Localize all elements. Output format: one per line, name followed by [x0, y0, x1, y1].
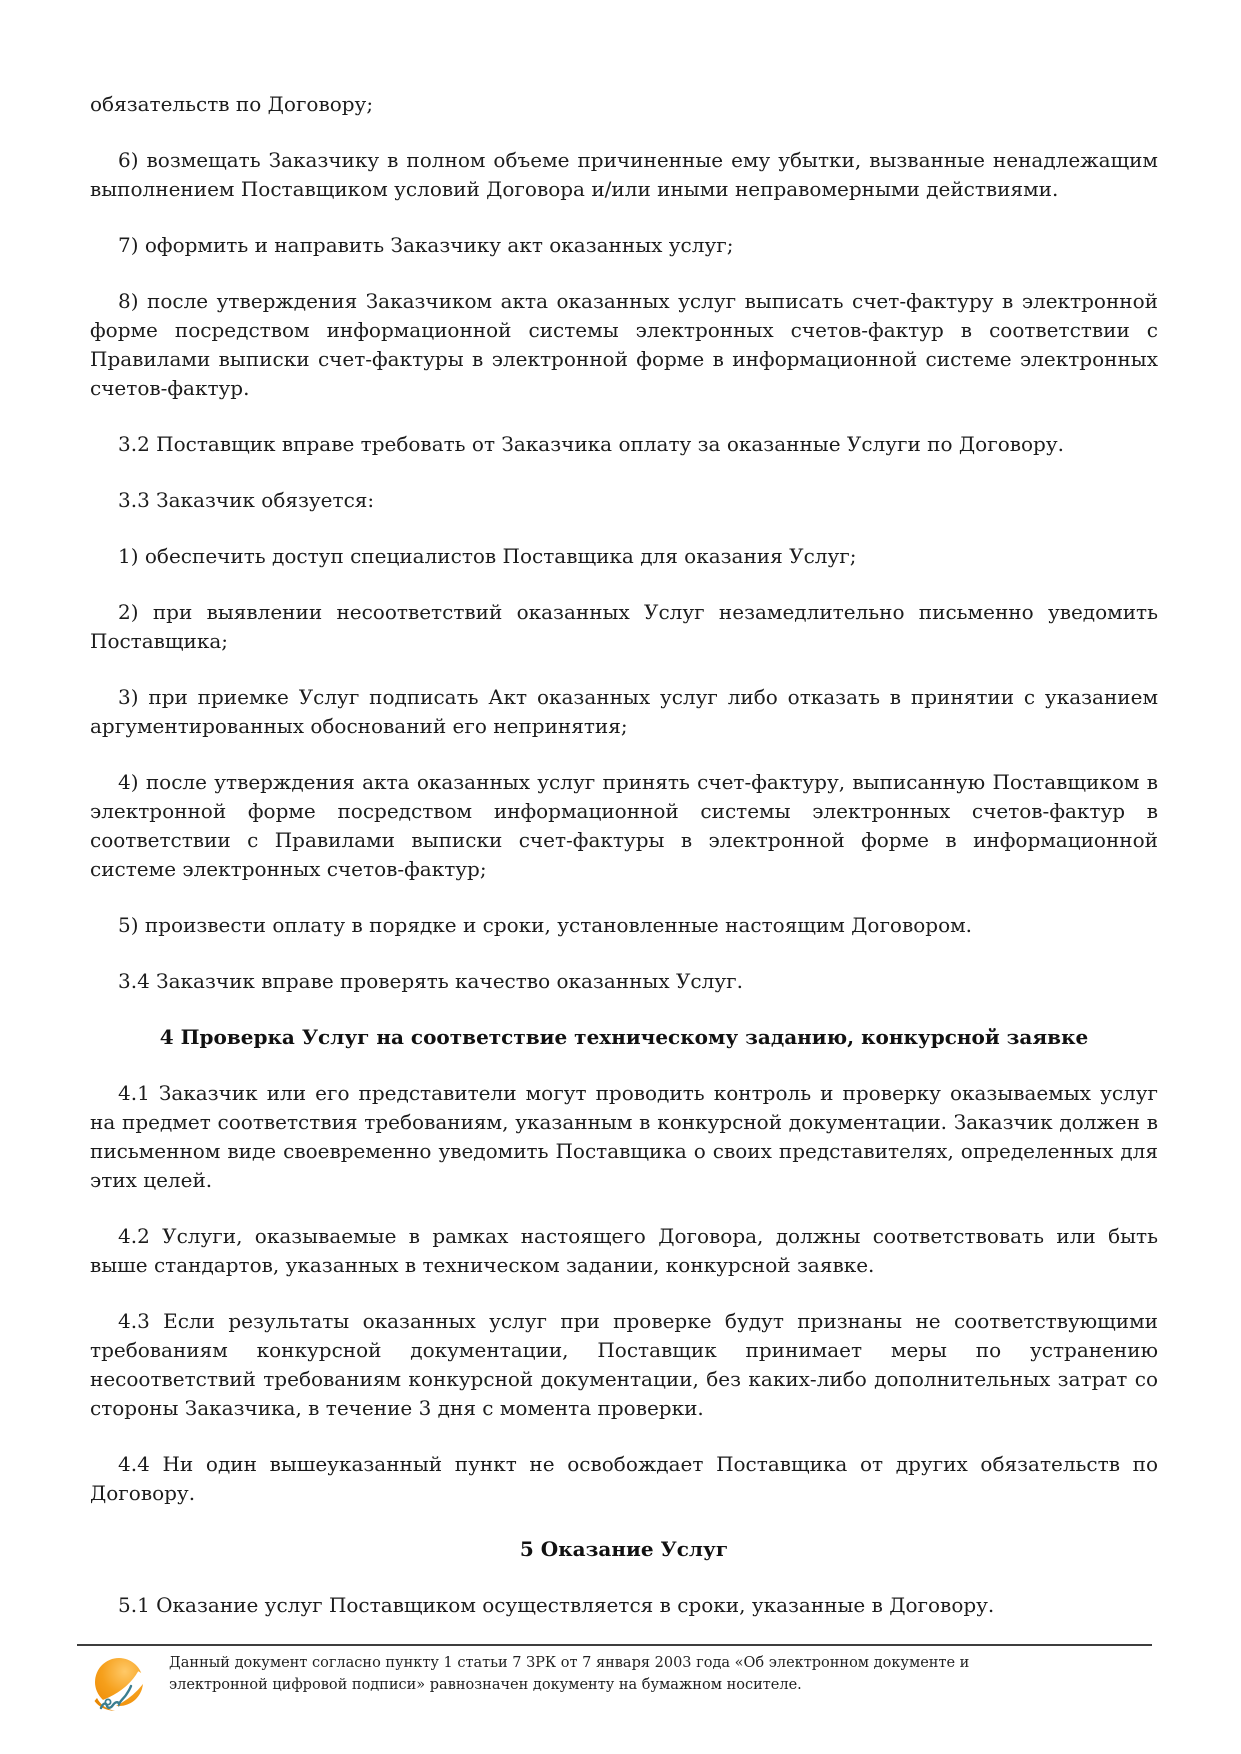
footer-divider-line — [77, 1644, 1152, 1646]
clause-3-3: 3.3 Заказчик обязуется: — [90, 486, 1158, 515]
clause-item-4: 4) после утверждения акта оказанных услу… — [90, 768, 1158, 884]
goszakup-logo-icon — [94, 1657, 146, 1715]
section-4-heading: 4 Проверка Услуг на соответствие техниче… — [90, 1023, 1158, 1052]
clause-4-2: 4.2 Услуги, оказываемые в рамках настоящ… — [90, 1222, 1158, 1280]
contract-page: { "page": { "background": "#ffffff", "te… — [0, 0, 1241, 1754]
footer-row: Данный документ согласно пункту 1 статьи… — [77, 1653, 1152, 1723]
esign-validity-footer: Данный документ согласно пункту 1 статьи… — [77, 1644, 1152, 1723]
contract-body-text: обязательств по Договору; 6) возмещать З… — [90, 90, 1158, 1620]
clause-4-3: 4.3 Если результаты оказанных услуг при … — [90, 1307, 1158, 1423]
clause-item-7: 7) оформить и направить Заказчику акт ок… — [90, 231, 1158, 260]
esign-validity-note: Данный документ согласно пункту 1 статьи… — [169, 1653, 1044, 1696]
clause-item-1: 1) обеспечить доступ специалистов Постав… — [90, 542, 1158, 571]
clause-4-4: 4.4 Ни один вышеуказанный пункт не освоб… — [90, 1450, 1158, 1508]
clause-item-8: 8) после утверждения Заказчиком акта ока… — [90, 287, 1158, 403]
clause-item-3: 3) при приемке Услуг подписать Акт оказа… — [90, 683, 1158, 741]
clause-item-6: 6) возмещать Заказчику в полном объеме п… — [90, 146, 1158, 204]
clause-item-5: 5) произвести оплату в порядке и сроки, … — [90, 911, 1158, 940]
clause-item-2: 2) при выявлении несоответствий оказанны… — [90, 598, 1158, 656]
clause-3-2: 3.2 Поставщик вправе требовать от Заказч… — [90, 430, 1158, 459]
clause-continuation: обязательств по Договору; — [90, 90, 1158, 119]
clause-3-4: 3.4 Заказчик вправе проверять качество о… — [90, 967, 1158, 996]
section-5-heading: 5 Оказание Услуг — [90, 1535, 1158, 1564]
clause-5-1: 5.1 Оказание услуг Поставщиком осуществл… — [90, 1591, 1158, 1620]
clause-4-1: 4.1 Заказчик или его представители могут… — [90, 1079, 1158, 1195]
